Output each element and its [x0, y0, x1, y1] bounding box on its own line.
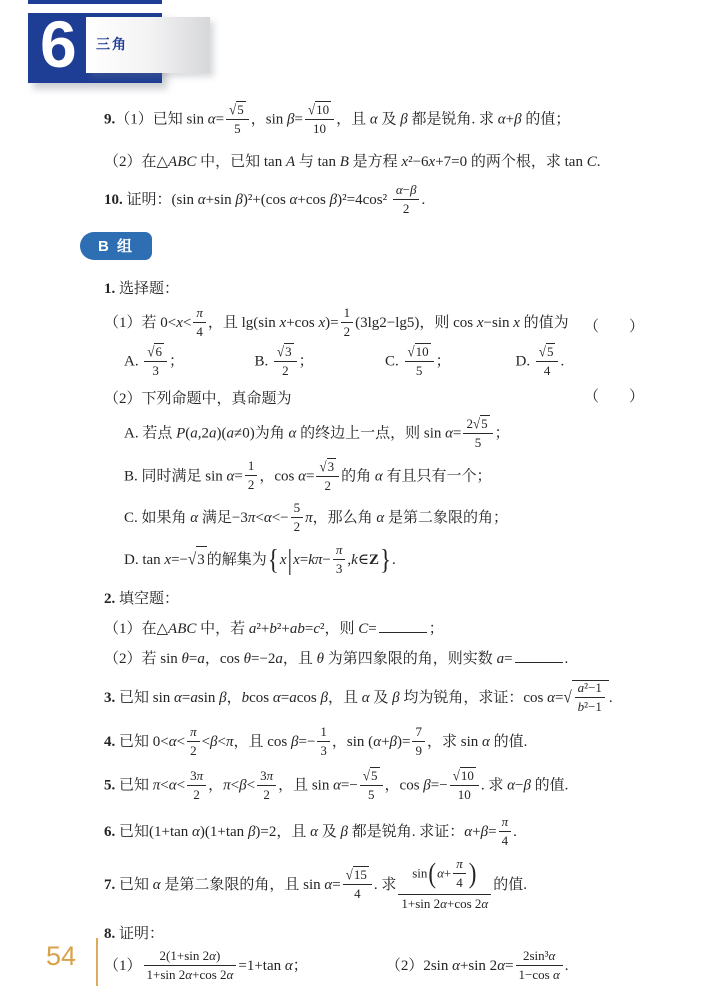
text: sin [198, 690, 219, 706]
text: =− [431, 778, 448, 794]
answer-bracket: （ ） [584, 384, 644, 410]
problem-line: B. 同时满足 sin α=12，cos α=√32的角 α 有且只有一个； [78, 459, 646, 496]
problem-line: （1）2(1+sin 2α)1+sin 2α+cos 2α=1+tan α；（2… [78, 949, 646, 985]
math-variable: β [390, 734, 397, 750]
square-root: √10 [453, 767, 476, 784]
text: 的值为 [520, 315, 569, 331]
text: 1 [320, 724, 327, 739]
text: = [234, 468, 242, 484]
fraction: √154 [343, 866, 372, 903]
numerator: √10 [450, 767, 479, 786]
text: ²+ [277, 621, 290, 637]
text: 1 [344, 305, 351, 320]
math-variable: α [440, 896, 447, 911]
text: （1） [104, 958, 142, 974]
bold-text: 3. [104, 690, 115, 706]
denominator: 2 [187, 742, 200, 759]
fraction: 79 [412, 724, 425, 760]
text: 5 [371, 768, 378, 783]
math-variable: π [196, 305, 203, 320]
text: 3 [336, 561, 343, 576]
text: +sin [206, 192, 236, 208]
text: . [565, 651, 569, 667]
math-variable: π [305, 510, 313, 526]
text: 2 [294, 519, 301, 534]
math-variable: β [523, 778, 530, 794]
math-variable: α [285, 958, 293, 974]
math-variable: α [553, 967, 560, 982]
text: 2 [248, 477, 255, 492]
text: 4 [502, 833, 509, 848]
math-variable: β [392, 690, 399, 706]
denominator: 1+sin 2α+cos 2α [144, 966, 237, 983]
text: ,2 [198, 426, 209, 442]
text: = [281, 690, 289, 706]
math-variable: θ [182, 651, 189, 667]
denominator: 4 [193, 323, 206, 340]
text: . [597, 154, 601, 170]
text: C. [385, 353, 403, 369]
fraction: 3π2 [187, 768, 206, 804]
text: 10 [313, 121, 326, 136]
text: 4 [354, 886, 361, 901]
text: ²−1 [584, 699, 602, 714]
text: （1）若 0< [104, 315, 176, 331]
math-variable: α [169, 734, 177, 750]
math-variable: π [197, 768, 204, 783]
text: =− [299, 734, 316, 750]
problem-column: （1）2(1+sin 2α)1+sin 2α+cos 2α=1+tan α； [104, 949, 386, 985]
square-root: √3 [188, 546, 207, 573]
math-variable: α [190, 510, 198, 526]
radicand: 5 [370, 767, 380, 784]
math-variable: π [502, 814, 509, 829]
text: + [381, 734, 389, 750]
fraction: 13 [317, 724, 330, 760]
square-root: √6 [147, 343, 164, 360]
text: =−2 [251, 651, 275, 667]
math-variable: a [227, 426, 235, 442]
text: =− [171, 552, 188, 568]
big-delimiter: ) [468, 857, 478, 893]
text: . [609, 690, 613, 706]
problem-column: C. √105； [385, 344, 516, 381]
fraction: 2√55 [463, 415, 492, 452]
math-variable: C [358, 621, 368, 637]
math-variable: α [298, 468, 306, 484]
problem-line: （2）在△ABC 中，已知 tan A 与 tan B 是方程 x²−6x+7=… [78, 149, 646, 175]
denominator: 3 [317, 742, 330, 759]
square-root: √5 [473, 415, 490, 432]
math-variable: a [190, 690, 198, 706]
text: 2 [190, 743, 197, 758]
text: 5 [294, 500, 301, 515]
fraction: 12 [341, 305, 354, 341]
math-variable: α [547, 690, 555, 706]
numerator: 2sin³α [516, 948, 563, 966]
denominator: 2 [187, 786, 206, 803]
math-variable: α [497, 958, 505, 974]
big-delimiter: } [379, 544, 392, 577]
problem-line: （1）在△ABC 中，若 a²+b²+ab=c²，则 C=； [78, 616, 646, 642]
text: 4 [544, 363, 551, 378]
math-variable: α [198, 192, 206, 208]
text: ，sin ( [332, 734, 373, 750]
text: 及 [318, 824, 341, 840]
text: 的值. [490, 734, 528, 750]
radicand: 5 [480, 415, 490, 432]
text: 2sin³ [523, 948, 549, 963]
numerator: √5 [226, 101, 249, 120]
radicand: 5 [546, 343, 556, 360]
text: 3 [197, 552, 205, 568]
problem-line: 6. 已知(1+tan α)(1+tan β)=2，且 α 及 β 都是锐角. … [78, 815, 646, 851]
text: ； [293, 958, 308, 974]
math-variable: α [437, 866, 444, 881]
numerator: √5 [360, 767, 383, 786]
math-variable: a [197, 651, 205, 667]
bold-text: Z [369, 552, 379, 568]
numerator: 3π [187, 768, 206, 786]
denominator: 10 [450, 786, 479, 803]
text: （2）下列命题中，真命题为 [104, 391, 292, 407]
numerator: 1 [341, 305, 354, 323]
math-variable: k [351, 552, 358, 568]
bold-text: 5. [104, 778, 115, 794]
denominator: 2 [291, 518, 304, 535]
radicand: 3 [284, 343, 294, 360]
square-root: √10 [308, 101, 331, 118]
fraction: α−β2 [393, 182, 420, 218]
denominator: 4 [499, 832, 512, 849]
fraction: √32 [274, 343, 297, 380]
square-root: √10 [408, 343, 431, 360]
text: ； [436, 353, 451, 369]
numerator: π [453, 856, 466, 874]
denominator: 2 [316, 477, 339, 494]
chapter-title: 三角 [96, 34, 128, 54]
radical-icon: √ [277, 343, 284, 361]
text: 4 [456, 875, 463, 890]
text: 已知 [115, 778, 153, 794]
radical-icon: √ [188, 545, 196, 574]
text: A. 若点 [124, 426, 176, 442]
math-variable: α [208, 112, 216, 128]
text: 5 [234, 121, 241, 136]
text: 5 [547, 344, 554, 359]
text: ，且 sin [278, 778, 333, 794]
radical-icon: √ [319, 458, 326, 476]
math-variable: α [310, 824, 318, 840]
text: = [488, 824, 496, 840]
math-variable: x [513, 315, 520, 331]
text: 5 [237, 102, 244, 117]
math-variable: α [445, 426, 453, 442]
text: = [306, 468, 314, 484]
radical-icon: √ [346, 866, 353, 884]
math-variable: α [264, 510, 272, 526]
text: ， [227, 690, 242, 706]
bold-text: 2. [104, 591, 115, 607]
problem-line: 5. 已知 π<α<3π2，π<β<3π2，且 sin α=−√55，cos β… [78, 768, 646, 805]
answer-bracket: （ ） [584, 314, 644, 340]
text: 5 [416, 363, 423, 378]
text: ； [169, 353, 184, 369]
math-variable: θ [317, 651, 324, 667]
text: − [322, 552, 330, 568]
problem-line: 8. 证明： [78, 921, 646, 947]
text: 3 [285, 344, 292, 359]
radical-icon: √ [147, 343, 154, 361]
math-variable: B [340, 154, 349, 170]
fraction: 52 [291, 500, 304, 536]
text: 已知 0< [115, 734, 168, 750]
math-variable: β [410, 182, 416, 197]
fraction: √32 [316, 458, 339, 495]
math-variable: β [400, 112, 407, 128]
text: <− [272, 510, 289, 526]
text: 证明： [115, 926, 164, 942]
text: ，且 [283, 651, 317, 667]
text: 3 [328, 459, 335, 474]
math-variable: α [481, 896, 488, 911]
text: 的解集为 [207, 552, 267, 568]
numerator: π [187, 724, 200, 742]
square-root: √5 [363, 767, 380, 784]
denominator: 10 [305, 120, 334, 137]
fraction: 2sin³α1−cos α [516, 948, 563, 984]
problem-line: （2）下列命题中，真命题为（ ） [78, 386, 646, 412]
math-variable: x [176, 315, 183, 331]
text: +7=0 的两个根，求 tan [435, 154, 587, 170]
text: . [565, 958, 569, 974]
text: 2 [282, 363, 289, 378]
text: 的值. [531, 778, 569, 794]
radical-icon: √ [229, 101, 236, 119]
text: +sin 2 [460, 958, 497, 974]
numerator: √10 [305, 101, 334, 120]
text: 填空题： [115, 591, 179, 607]
math-variable: β [287, 112, 294, 128]
text: ，sin [251, 112, 287, 128]
denominator: 4 [536, 362, 559, 379]
fraction: π4 [193, 305, 206, 341]
text: sin [412, 866, 427, 881]
text: D. [516, 353, 534, 369]
math-variable: π [223, 778, 231, 794]
text: < [255, 510, 263, 526]
math-variable: α [362, 690, 370, 706]
text: 10 [416, 344, 429, 359]
square-root: √3 [319, 458, 336, 475]
section-b-problems: 1. 选择题：（1）若 0<x<π4，且 lg(sin x+cos x)=12(… [78, 276, 646, 984]
numerator: 2√5 [463, 415, 492, 434]
text: 的终边上一点，则 sin [296, 426, 445, 442]
math-variable: α [452, 958, 460, 974]
problem-line: 2. 填空题： [78, 586, 646, 612]
bold-text: 10. [104, 192, 123, 208]
text: 是第二象限的角，且 sin [161, 877, 325, 893]
radicand: 10 [415, 343, 431, 360]
radical-icon: √ [308, 101, 315, 119]
math-variable: α [273, 690, 281, 706]
text: +cos 2 [447, 896, 481, 911]
text: = [216, 112, 224, 128]
text: 中，若 [196, 621, 249, 637]
problem-column: （2）2sin α+sin 2α=2sin³α1−cos α. [386, 949, 646, 985]
denominator: 4 [343, 885, 372, 902]
text: + [506, 112, 514, 128]
math-variable: π [190, 724, 197, 739]
math-variable: ABC [168, 154, 196, 170]
chapter-number: 6 [40, 3, 77, 86]
text: . [513, 824, 517, 840]
group-b-label: B 组 [98, 238, 134, 255]
big-delimiter: ( [427, 857, 437, 893]
text: = [300, 552, 308, 568]
answer-blank [515, 648, 563, 663]
text: 1+sin 2 [147, 967, 186, 982]
text: 1 [248, 458, 255, 473]
text: 3 [152, 363, 159, 378]
math-variable: ABC [168, 621, 196, 637]
text: < [231, 778, 239, 794]
numerator: π [499, 814, 512, 832]
text: )²=4cos² [337, 192, 391, 208]
square-root: √5 [229, 101, 246, 118]
text: = [453, 426, 461, 442]
text: < [177, 778, 185, 794]
text: ，那么角 [313, 510, 377, 526]
math-variable: b [242, 690, 250, 706]
text: < [218, 734, 226, 750]
denominator: b²−1 [575, 698, 605, 715]
exercise-content: 9.（1）已知 sin α=√55，sin β=√1010，且 α 及 β 都是… [78, 96, 646, 984]
radicand: 15 [353, 866, 369, 883]
text: cos [297, 690, 321, 706]
text: =1+tan [238, 958, 285, 974]
math-variable: α [370, 112, 378, 128]
text: 2 [344, 324, 351, 339]
text: = [504, 651, 512, 667]
text: 的值. [493, 877, 527, 893]
text: = [368, 621, 376, 637]
text: ； [495, 426, 510, 442]
math-variable: β [219, 690, 226, 706]
text: ，且 [336, 112, 370, 128]
bold-text: 1. [104, 281, 115, 297]
text: ∈ [358, 552, 369, 568]
text: 5 [368, 787, 375, 802]
text: 与 tan [295, 154, 340, 170]
problem-line: 4. 已知 0<α<π2<β<π，且 cos β=−13，sin (α+β)=7… [78, 725, 646, 761]
square-root: √5 [539, 343, 556, 360]
radical-icon: √ [563, 684, 571, 713]
numerator: α−β [393, 182, 420, 200]
denominator: 4 [453, 874, 466, 891]
text: < [177, 734, 185, 750]
text: − [403, 182, 410, 197]
text: （1）在△ [104, 621, 168, 637]
fraction: a²−1b²−1 [575, 680, 605, 716]
denominator: 1−cos α [516, 966, 563, 983]
math-variable: β [291, 734, 298, 750]
text: （2）若 sin [104, 651, 182, 667]
bold-text: 9. [104, 112, 115, 128]
text: C. 如果角 [124, 510, 190, 526]
text: 均为锐角，求证：cos [400, 690, 548, 706]
text: 满足−3 [198, 510, 248, 526]
numerator: sin(α+π4) [398, 857, 491, 895]
problem-line: 9.（1）已知 sin α=√55，sin β=√1010，且 α 及 β 都是… [78, 102, 646, 139]
text: 的值； [522, 112, 571, 128]
radical-icon: √ [473, 415, 480, 433]
text: ，cos [259, 468, 298, 484]
text: + [472, 824, 480, 840]
radicand: a²−1b²−1 [572, 680, 609, 717]
math-variable: x [293, 552, 300, 568]
numerator: 7 [412, 724, 425, 742]
text: ，且 [328, 690, 362, 706]
text: 6 [155, 344, 162, 359]
bold-text: 6. [104, 824, 115, 840]
text: . 求 [481, 778, 507, 794]
text: ； [429, 621, 444, 637]
answer-blank [379, 618, 427, 633]
denominator: 2 [257, 786, 276, 803]
text: 3 [320, 743, 327, 758]
radical-icon: √ [363, 767, 370, 785]
text: 2 [263, 787, 270, 802]
fraction: √105 [405, 343, 434, 380]
text: 都是锐角. 求 [408, 112, 498, 128]
text: < [160, 778, 168, 794]
numerator: a²−1 [575, 680, 605, 698]
text: 是方程 [349, 154, 402, 170]
text: =− [341, 778, 358, 794]
text: 10 [316, 102, 329, 117]
text: ≠0)为角 [234, 426, 288, 442]
text: 2 [403, 201, 410, 216]
math-variable: x [280, 552, 287, 568]
problem-column: B. √32； [255, 344, 386, 381]
text: 选择题： [115, 281, 179, 297]
radicand: 3 [196, 546, 207, 573]
text: (3lg2−lg5)，则 cos [355, 315, 477, 331]
text: +cos 2 [192, 967, 226, 982]
text: B. [255, 353, 273, 369]
fraction: sin(α+π4)1+sin 2α+cos 2α [398, 857, 491, 912]
math-variable: a [209, 426, 217, 442]
square-root: √a²−1b²−1 [563, 680, 608, 717]
math-variable: ab [290, 621, 305, 637]
fraction: √63 [144, 343, 167, 380]
radical-icon: √ [408, 343, 415, 361]
math-variable: π [456, 856, 463, 871]
text: 2 [193, 787, 200, 802]
math-variable: α [498, 112, 506, 128]
text: ²+ [256, 621, 269, 637]
bold-text: 4. [104, 734, 115, 750]
textbook-page: 6 三角 9.（1）已知 sin α=√55，sin β=√1010，且 α 及… [0, 0, 702, 993]
math-variable: β [481, 824, 488, 840]
text: +cos [297, 192, 329, 208]
denominator: 5 [405, 362, 434, 379]
math-variable: α [174, 690, 182, 706]
text: 及 [370, 690, 393, 706]
problem-line: A. √63；B. √32；C. √105；D. √54. [78, 344, 646, 381]
square-root: √15 [346, 866, 369, 883]
